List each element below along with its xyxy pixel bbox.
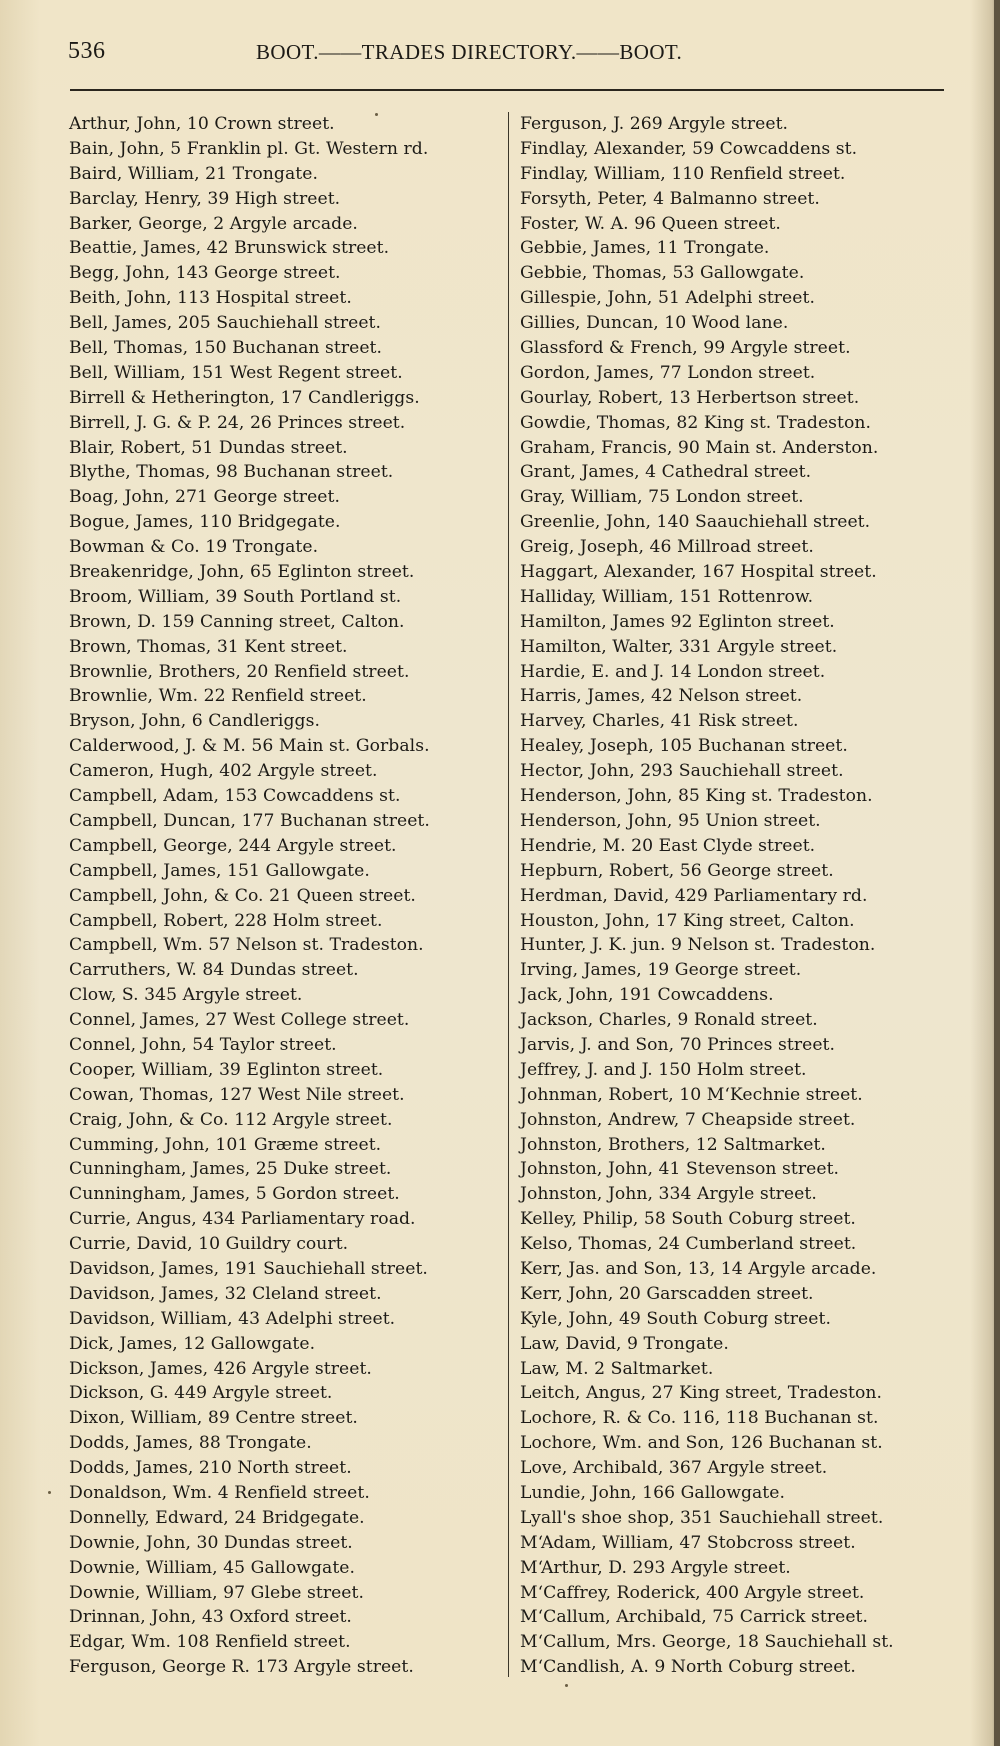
book-gutter-edge bbox=[994, 0, 1000, 1746]
right-column: Ferguson, J. 269 Argyle street.Findlay, … bbox=[520, 112, 960, 1680]
directory-entry: Campbell, John, & Co. 21 Queen street. bbox=[69, 884, 509, 909]
directory-entry: Campbell, Duncan, 177 Buchanan street. bbox=[69, 809, 509, 834]
directory-entry: Johnston, John, 41 Stevenson street. bbox=[520, 1157, 960, 1182]
directory-entry: Brownlie, Wm. 22 Renfield street. bbox=[69, 684, 509, 709]
directory-entry: Kerr, John, 20 Garscadden street. bbox=[520, 1282, 960, 1307]
directory-entry: Edgar, Wm. 108 Renfield street. bbox=[69, 1630, 509, 1655]
directory-entry: Halliday, William, 151 Rottenrow. bbox=[520, 585, 960, 610]
page-heading: BOOT.——TRADES DIRECTORY.——BOOT. bbox=[256, 40, 682, 65]
directory-entry: Davidson, James, 32 Cleland street. bbox=[69, 1282, 509, 1307]
directory-entry: Blythe, Thomas, 98 Buchanan street. bbox=[69, 460, 509, 485]
directory-entry: Dick, James, 12 Gallowgate. bbox=[69, 1332, 509, 1357]
directory-entry: Gray, William, 75 London street. bbox=[520, 485, 960, 510]
directory-entry: Ferguson, J. 269 Argyle street. bbox=[520, 112, 960, 137]
directory-entry: Gillespie, John, 51 Adelphi street. bbox=[520, 286, 960, 311]
directory-entry: Downie, William, 97 Glebe street. bbox=[69, 1581, 509, 1606]
directory-entry: Bryson, John, 6 Candleriggs. bbox=[69, 709, 509, 734]
directory-entry: Cooper, William, 39 Eglinton street. bbox=[69, 1058, 509, 1083]
directory-entry: Cameron, Hugh, 402 Argyle street. bbox=[69, 759, 509, 784]
directory-entry: M‘Caffrey, Roderick, 400 Argyle street. bbox=[520, 1581, 960, 1606]
directory-entry: Irving, James, 19 George street. bbox=[520, 958, 960, 983]
directory-entry: Brown, Thomas, 31 Kent street. bbox=[69, 635, 509, 660]
directory-entry: Baird, William, 21 Trongate. bbox=[69, 162, 509, 187]
directory-entry: Campbell, Wm. 57 Nelson st. Tradeston. bbox=[69, 933, 509, 958]
directory-entry: Hardie, E. and J. 14 London street. bbox=[520, 660, 960, 685]
directory-entry: Gebbie, Thomas, 53 Gallowgate. bbox=[520, 261, 960, 286]
directory-entry: Barclay, Henry, 39 High street. bbox=[69, 187, 509, 212]
directory-entry: Gebbie, James, 11 Trongate. bbox=[520, 236, 960, 261]
directory-entry: Lochore, R. & Co. 116, 118 Buchanan st. bbox=[520, 1406, 960, 1431]
directory-entry: Breakenridge, John, 65 Eglinton street. bbox=[69, 560, 509, 585]
directory-entry: Dixon, William, 89 Centre street. bbox=[69, 1406, 509, 1431]
directory-entry: Houston, John, 17 King street, Calton. bbox=[520, 909, 960, 934]
directory-entry: Downie, William, 45 Gallowgate. bbox=[69, 1556, 509, 1581]
directory-entry: Findlay, Alexander, 59 Cowcaddens st. bbox=[520, 137, 960, 162]
directory-entry: Dodds, James, 88 Trongate. bbox=[69, 1431, 509, 1456]
directory-entry: Greig, Joseph, 46 Millroad street. bbox=[520, 535, 960, 560]
directory-entry: Grant, James, 4 Cathedral street. bbox=[520, 460, 960, 485]
directory-entry: Hunter, J. K. jun. 9 Nelson st. Tradesto… bbox=[520, 933, 960, 958]
directory-entry: Leitch, Angus, 27 King street, Tradeston… bbox=[520, 1381, 960, 1406]
directory-entry: Brownlie, Brothers, 20 Renfield street. bbox=[69, 660, 509, 685]
directory-entry: Bowman & Co. 19 Trongate. bbox=[69, 535, 509, 560]
directory-entry: Henderson, John, 85 King st. Tradeston. bbox=[520, 784, 960, 809]
directory-entry: Law, M. 2 Saltmarket. bbox=[520, 1357, 960, 1382]
directory-entry: Johnston, Andrew, 7 Cheapside street. bbox=[520, 1108, 960, 1133]
directory-entry: Cowan, Thomas, 127 West Nile street. bbox=[69, 1083, 509, 1108]
directory-entry: Henderson, John, 95 Union street. bbox=[520, 809, 960, 834]
directory-entry: Johnman, Robert, 10 M‘Kechnie street. bbox=[520, 1083, 960, 1108]
directory-entry: Findlay, William, 110 Renfield street. bbox=[520, 162, 960, 187]
directory-entry: Bain, John, 5 Franklin pl. Gt. Western r… bbox=[69, 137, 509, 162]
directory-entry: Kelley, Philip, 58 South Coburg street. bbox=[520, 1207, 960, 1232]
directory-entry: Donaldson, Wm. 4 Renfield street. bbox=[69, 1481, 509, 1506]
directory-entry: Campbell, George, 244 Argyle street. bbox=[69, 834, 509, 859]
directory-entry: Kelso, Thomas, 24 Cumberland street. bbox=[520, 1232, 960, 1257]
directory-entry: Brown, D. 159 Canning street, Calton. bbox=[69, 610, 509, 635]
directory-entry: Dickson, G. 449 Argyle street. bbox=[69, 1381, 509, 1406]
directory-entry: Gourlay, Robert, 13 Herbertson street. bbox=[520, 386, 960, 411]
running-head: 536 BOOT.——TRADES DIRECTORY.——BOOT. bbox=[68, 38, 948, 68]
directory-entry: Currie, David, 10 Guildry court. bbox=[69, 1232, 509, 1257]
directory-entry: Forsyth, Peter, 4 Balmanno street. bbox=[520, 187, 960, 212]
directory-entry: Haggart, Alexander, 167 Hospital street. bbox=[520, 560, 960, 585]
directory-entry: Herdman, David, 429 Parliamentary rd. bbox=[520, 884, 960, 909]
directory-entry: Beattie, James, 42 Brunswick street. bbox=[69, 236, 509, 261]
page-number: 536 bbox=[68, 38, 106, 65]
directory-entry: Campbell, Robert, 228 Holm street. bbox=[69, 909, 509, 934]
directory-entry: Carruthers, W. 84 Dundas street. bbox=[69, 958, 509, 983]
directory-entry: Clow, S. 345 Argyle street. bbox=[69, 983, 509, 1008]
directory-entry: Connel, James, 27 West College street. bbox=[69, 1008, 509, 1033]
directory-entry: Jeffrey, J. and J. 150 Holm street. bbox=[520, 1058, 960, 1083]
directory-entry: Campbell, James, 151 Gallowgate. bbox=[69, 859, 509, 884]
directory-entry: Lyall's shoe shop, 351 Sauchiehall stree… bbox=[520, 1506, 960, 1531]
directory-entry: M‘Callum, Archibald, 75 Carrick street. bbox=[520, 1605, 960, 1630]
directory-entry: Broom, William, 39 South Portland st. bbox=[69, 585, 509, 610]
directory-entry: Blair, Robert, 51 Dundas street. bbox=[69, 436, 509, 461]
directory-entry: Cunningham, James, 25 Duke street. bbox=[69, 1157, 509, 1182]
directory-entry: Johnston, Brothers, 12 Saltmarket. bbox=[520, 1133, 960, 1158]
directory-entry: Glassford & French, 99 Argyle street. bbox=[520, 336, 960, 361]
directory-entry: M‘Callum, Mrs. George, 18 Sauchiehall st… bbox=[520, 1630, 960, 1655]
directory-entry: Hepburn, Robert, 56 George street. bbox=[520, 859, 960, 884]
directory-entry: Hendrie, M. 20 East Clyde street. bbox=[520, 834, 960, 859]
directory-entry: Lochore, Wm. and Son, 126 Buchanan st. bbox=[520, 1431, 960, 1456]
directory-entry: Dickson, James, 426 Argyle street. bbox=[69, 1357, 509, 1382]
directory-entry: Hector, John, 293 Sauchiehall street. bbox=[520, 759, 960, 784]
directory-entry: Barker, George, 2 Argyle arcade. bbox=[69, 212, 509, 237]
directory-entry: Gowdie, Thomas, 82 King st. Tradeston. bbox=[520, 411, 960, 436]
directory-entry: Healey, Joseph, 105 Buchanan street. bbox=[520, 734, 960, 759]
directory-entry: Jack, John, 191 Cowcaddens. bbox=[520, 983, 960, 1008]
directory-entry: Boag, John, 271 George street. bbox=[69, 485, 509, 510]
directory-entry: Dodds, James, 210 North street. bbox=[69, 1456, 509, 1481]
paper-speck bbox=[48, 1491, 51, 1494]
directory-entry: Birrell & Hetherington, 17 Candleriggs. bbox=[69, 386, 509, 411]
directory-entry: Ferguson, George R. 173 Argyle street. bbox=[69, 1655, 509, 1680]
directory-entry: Bell, William, 151 West Regent street. bbox=[69, 361, 509, 386]
directory-entry: Davidson, James, 191 Sauchiehall street. bbox=[69, 1257, 509, 1282]
directory-entry: Graham, Francis, 90 Main st. Anderston. bbox=[520, 436, 960, 461]
directory-entry: Connel, John, 54 Taylor street. bbox=[69, 1033, 509, 1058]
directory-entry: Harris, James, 42 Nelson street. bbox=[520, 684, 960, 709]
paper-speck bbox=[565, 1684, 568, 1687]
directory-entry: Calderwood, J. & M. 56 Main st. Gorbals. bbox=[69, 734, 509, 759]
directory-entry: Johnston, John, 334 Argyle street. bbox=[520, 1182, 960, 1207]
directory-entry: Cumming, John, 101 Græme street. bbox=[69, 1133, 509, 1158]
directory-entry: M‘Adam, William, 47 Stobcross street. bbox=[520, 1531, 960, 1556]
directory-entry: M‘Arthur, D. 293 Argyle street. bbox=[520, 1556, 960, 1581]
directory-entry: Campbell, Adam, 153 Cowcaddens st. bbox=[69, 784, 509, 809]
directory-entry: Jarvis, J. and Son, 70 Princes street. bbox=[520, 1033, 960, 1058]
directory-entry: Love, Archibald, 367 Argyle street. bbox=[520, 1456, 960, 1481]
directory-entry: Harvey, Charles, 41 Risk street. bbox=[520, 709, 960, 734]
directory-entry: Lundie, John, 166 Gallowgate. bbox=[520, 1481, 960, 1506]
directory-entry: Downie, John, 30 Dundas street. bbox=[69, 1531, 509, 1556]
directory-entry: Jackson, Charles, 9 Ronald street. bbox=[520, 1008, 960, 1033]
directory-entry: Birrell, J. G. & P. 24, 26 Princes stree… bbox=[69, 411, 509, 436]
directory-entry: Craig, John, & Co. 112 Argyle street. bbox=[69, 1108, 509, 1133]
directory-entry: Beith, John, 113 Hospital street. bbox=[69, 286, 509, 311]
directory-entry: Kerr, Jas. and Son, 13, 14 Argyle arcade… bbox=[520, 1257, 960, 1282]
directory-entry: Bogue, James, 110 Bridgegate. bbox=[69, 510, 509, 535]
directory-entry: Greenlie, John, 140 Saauchiehall street. bbox=[520, 510, 960, 535]
directory-entry: Gillies, Duncan, 10 Wood lane. bbox=[520, 311, 960, 336]
column-divider bbox=[508, 112, 509, 1677]
directory-entry: Hamilton, James 92 Eglinton street. bbox=[520, 610, 960, 635]
directory-entry: Hamilton, Walter, 331 Argyle street. bbox=[520, 635, 960, 660]
directory-entry: Arthur, John, 10 Crown street. bbox=[69, 112, 509, 137]
directory-entry: Bell, James, 205 Sauchiehall street. bbox=[69, 311, 509, 336]
directory-page: 536 BOOT.——TRADES DIRECTORY.——BOOT. Arth… bbox=[0, 0, 1000, 1746]
directory-entry: Kyle, John, 49 South Coburg street. bbox=[520, 1307, 960, 1332]
paper-speck bbox=[375, 113, 378, 116]
left-column: Arthur, John, 10 Crown street.Bain, John… bbox=[69, 112, 509, 1680]
directory-entry: Cunningham, James, 5 Gordon street. bbox=[69, 1182, 509, 1207]
directory-entry: Law, David, 9 Trongate. bbox=[520, 1332, 960, 1357]
directory-entry: Currie, Angus, 434 Parliamentary road. bbox=[69, 1207, 509, 1232]
directory-entry: Foster, W. A. 96 Queen street. bbox=[520, 212, 960, 237]
directory-entry: Davidson, William, 43 Adelphi street. bbox=[69, 1307, 509, 1332]
directory-entry: Gordon, James, 77 London street. bbox=[520, 361, 960, 386]
directory-entry: M‘Candlish, A. 9 North Coburg street. bbox=[520, 1655, 960, 1680]
directory-entry: Begg, John, 143 George street. bbox=[69, 261, 509, 286]
directory-entry: Donnelly, Edward, 24 Bridgegate. bbox=[69, 1506, 509, 1531]
directory-entry: Bell, Thomas, 150 Buchanan street. bbox=[69, 336, 509, 361]
heading-rule bbox=[70, 89, 944, 91]
directory-entry: Drinnan, John, 43 Oxford street. bbox=[69, 1605, 509, 1630]
